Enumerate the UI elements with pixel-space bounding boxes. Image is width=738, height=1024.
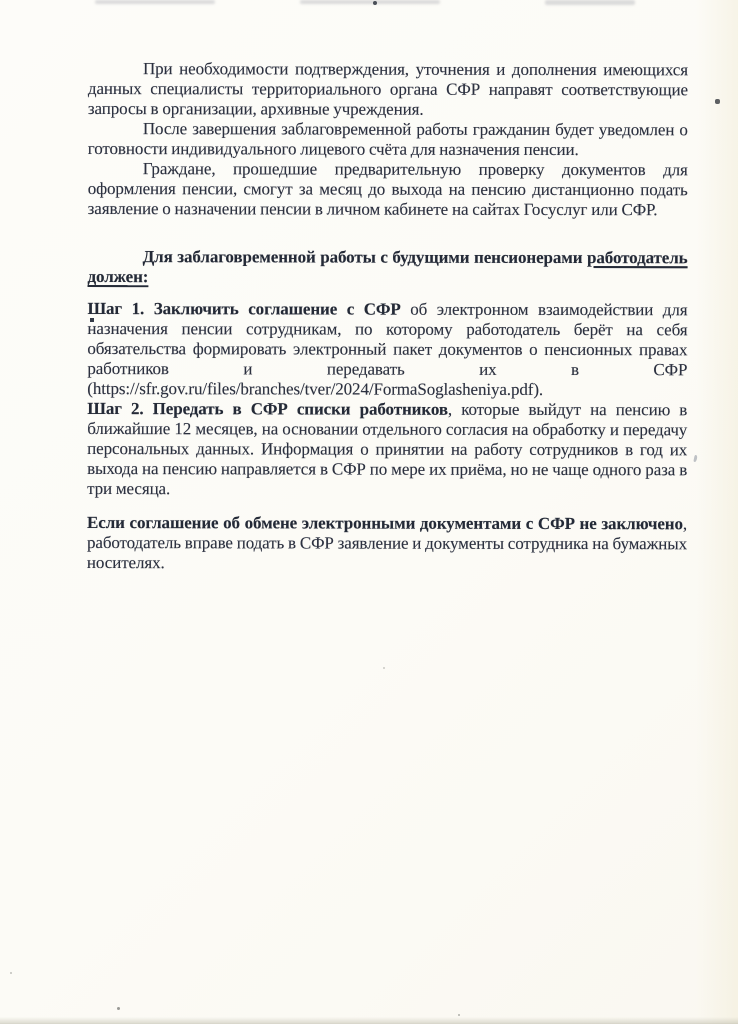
scan-speck xyxy=(10,972,12,974)
ghost-text-remnant xyxy=(300,0,440,4)
ghost-text-remnant xyxy=(545,0,635,5)
scan-speck xyxy=(383,667,385,669)
step-2-lead: Шаг 2. Передать в СФР списки работников xyxy=(87,399,448,419)
scan-speck xyxy=(693,455,697,462)
scan-speck xyxy=(458,1014,460,1016)
scan-speck xyxy=(117,1007,120,1010)
sfr-agreement-url: (https://sfr.gov.ru/files/branches/tver/… xyxy=(87,379,543,399)
employer-duties-heading: Для заблаговременной работы с будущими п… xyxy=(88,247,688,288)
step-1-lead: Шаг 1. Заключить соглашение с СФР xyxy=(87,299,400,319)
scan-bottom-edge xyxy=(0,1017,738,1024)
no-agreement-paragraph: Если соглашение об обмене электронными д… xyxy=(87,513,687,574)
scanned-document-page: При необходимости подтверждения, уточнен… xyxy=(0,0,738,1024)
paragraph-verification-requests: При необходимости подтверждения, уточнен… xyxy=(88,59,688,120)
step-1-paragraph: Шаг 1. Заключить соглашение с СФР об эле… xyxy=(87,299,687,400)
employer-duties-heading-lead: Для заблаговременной работы с будущими п… xyxy=(143,247,588,267)
scan-edge-tint xyxy=(696,0,738,1024)
no-agreement-lead: Если соглашение об обмене электронными д… xyxy=(87,513,683,533)
scan-speck xyxy=(373,1,377,5)
scan-speck xyxy=(715,99,720,104)
paragraph-remote-application: Граждане, прошедшие предварительную пров… xyxy=(88,159,688,220)
paragraph-account-ready-notice: После завершения заблаговременной работы… xyxy=(88,119,688,160)
ghost-text-remnant xyxy=(95,0,215,4)
document-body: При необходимости подтверждения, уточнен… xyxy=(87,59,688,574)
step-2-paragraph: Шаг 2. Передать в СФР списки работников,… xyxy=(87,399,687,500)
